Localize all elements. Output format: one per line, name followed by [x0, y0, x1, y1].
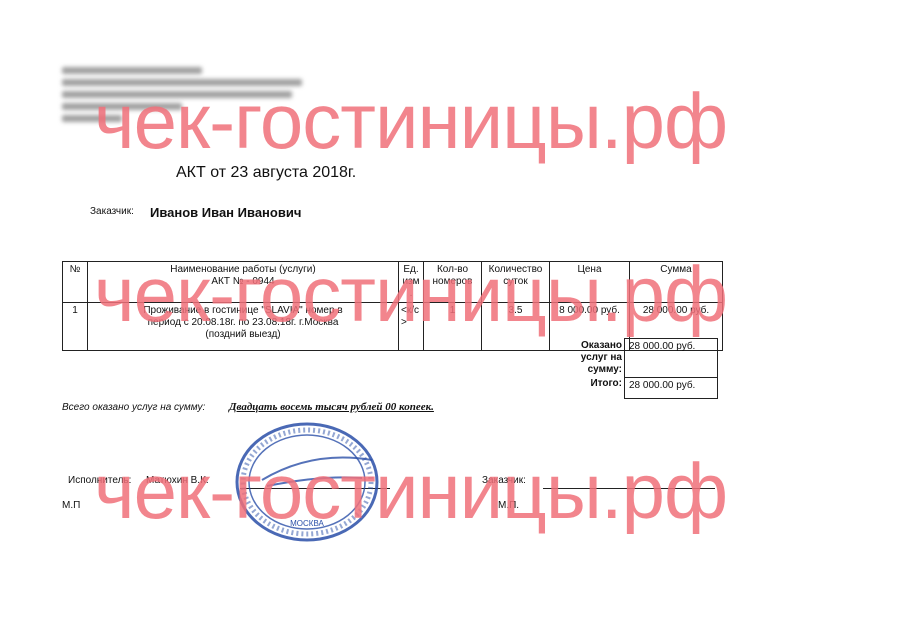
row-num: 1 [63, 303, 88, 351]
executor-mp: М.П [62, 500, 80, 511]
customer-label: Заказчик: [90, 206, 134, 217]
total-label: Итого: [560, 378, 622, 390]
customer-name: Иванов Иван Иванович [150, 205, 301, 220]
document-title: АКТ от 23 августа 2018г. [176, 164, 356, 182]
total-in-words: Двадцать восемь тысяч рублей 00 копеек. [229, 401, 434, 413]
watermark-middle: чек-гостиницы.рф [94, 255, 727, 333]
total-value: 28 000.00 руб. [624, 377, 718, 399]
total-line-label: Всего оказано услуг на сумму: [62, 402, 205, 413]
header-num: № [63, 262, 88, 303]
watermark-bottom: чек-гостиницы.рф [94, 452, 727, 530]
watermark-top: чек-гостиницы.рф [94, 82, 727, 160]
provided-label: Оказано услуг на сумму: [560, 340, 622, 376]
provided-value: 28 000.00 руб. [624, 338, 718, 378]
